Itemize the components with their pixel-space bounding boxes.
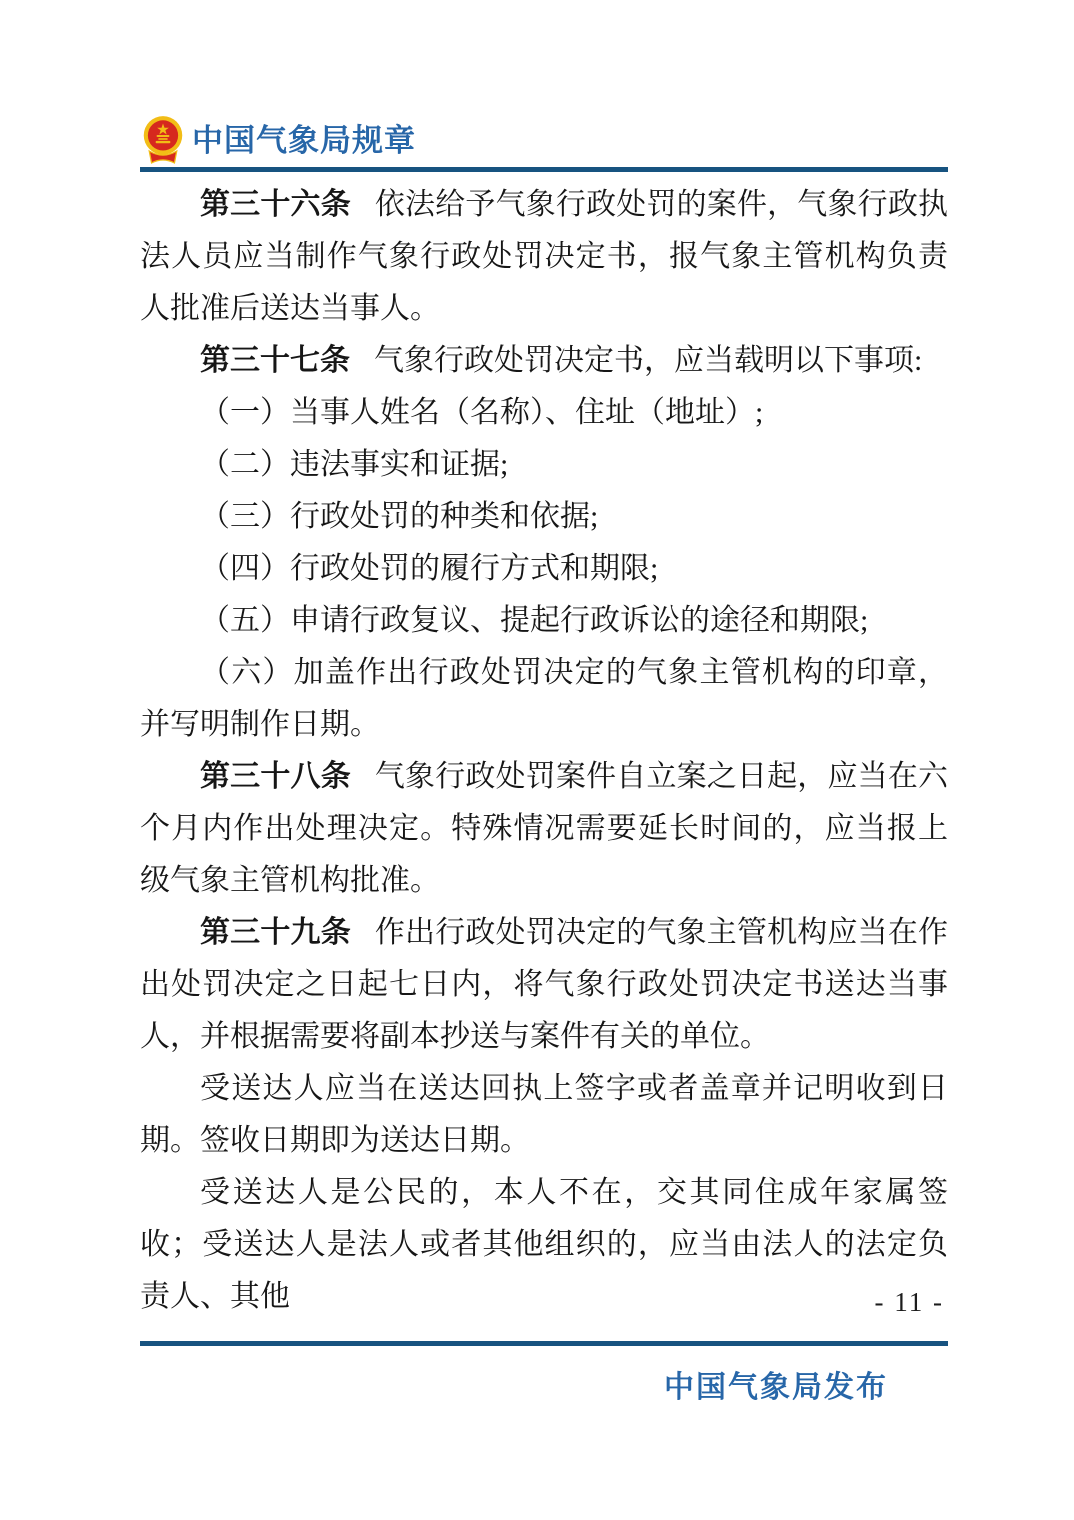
- paragraph: 受送达人应当在送达回执上签字或者盖章并记明收到日期。签收日期即为送达日期。: [140, 1063, 948, 1167]
- paragraph: 第三十九条作出行政处罚决定的气象主管机构应当在作出处罚决定之日起七日内，将气象行…: [140, 907, 948, 1063]
- article-number: 第三十八条: [200, 760, 351, 793]
- paragraph: 第三十六条依法给予气象行政处罚的案件，气象行政执法人员应当制作气象行政处罚决定书…: [140, 179, 948, 335]
- article-number: 第三十七条: [200, 344, 350, 377]
- footer-rule: [140, 1341, 948, 1346]
- paragraph: （六）加盖作出行政处罚决定的气象主管机构的印章，并写明制作日期。: [140, 647, 948, 751]
- paragraph: 第三十七条气象行政处罚决定书，应当载明以下事项:: [140, 335, 948, 387]
- paragraph-text: 受送达人是公民的，本人不在，交其同住成年家属签收；受送达人是法人或者其他组织的，…: [140, 1176, 948, 1313]
- paragraph: （一）当事人姓名（名称）、住址（地址）;: [140, 387, 948, 439]
- article-number: 第三十九条: [200, 916, 351, 949]
- paragraph-text: 受送达人应当在送达回执上签字或者盖章并记明收到日期。签收日期即为送达日期。: [140, 1072, 948, 1157]
- national-emblem-icon: [141, 115, 185, 165]
- paragraph: （二）违法事实和证据;: [140, 439, 948, 491]
- publisher-label: 中国气象局发布: [664, 1362, 888, 1406]
- paragraph-text: （五）申请行政复议、提起行政诉讼的途径和期限;: [200, 604, 868, 637]
- page-header: 中国气象局规章: [141, 114, 416, 166]
- paragraph-text: （四）行政处罚的履行方式和期限;: [200, 552, 658, 585]
- paragraph-text: （三）行政处罚的种类和依据;: [200, 500, 598, 533]
- paragraph: 第三十八条气象行政处罚案件自立案之日起，应当在六个月内作出处理决定。特殊情况需要…: [140, 751, 948, 907]
- paragraph: 受送达人是公民的，本人不在，交其同住成年家属签收；受送达人是法人或者其他组织的，…: [140, 1167, 948, 1323]
- paragraph-text: 气象行政处罚决定书，应当载明以下事项:: [374, 344, 922, 377]
- paragraph-text: （一）当事人姓名（名称）、住址（地址）;: [200, 396, 763, 429]
- paragraph-text: （二）违法事实和证据;: [200, 448, 508, 481]
- paragraph-text: （六）加盖作出行政处罚决定的气象主管机构的印章，并写明制作日期。: [140, 656, 948, 741]
- document-page: 中国气象局规章 第三十六条依法给予气象行政处罚的案件，气象行政执法人员应当制作气…: [0, 0, 1074, 1520]
- page-number: - 11 -: [875, 1287, 944, 1318]
- paragraph: （五）申请行政复议、提起行政诉讼的途径和期限;: [140, 595, 948, 647]
- paragraph: （四）行政处罚的履行方式和期限;: [140, 543, 948, 595]
- paragraph: （三）行政处罚的种类和依据;: [140, 491, 948, 543]
- header-rule: [140, 167, 948, 172]
- header-title: 中国气象局规章: [192, 125, 416, 156]
- article-number: 第三十六条: [200, 188, 351, 221]
- document-body: 第三十六条依法给予气象行政处罚的案件，气象行政执法人员应当制作气象行政处罚决定书…: [140, 179, 948, 1323]
